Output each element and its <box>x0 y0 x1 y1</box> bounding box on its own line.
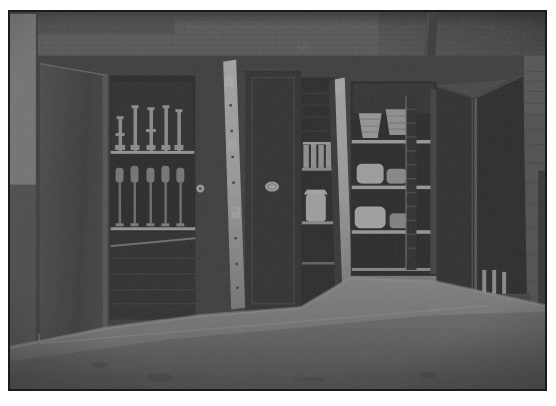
photo-finish <box>10 12 545 389</box>
vault-photograph <box>10 12 545 389</box>
photo-frame <box>8 10 547 391</box>
grain-light <box>10 12 545 389</box>
photograph-plate <box>0 0 556 406</box>
